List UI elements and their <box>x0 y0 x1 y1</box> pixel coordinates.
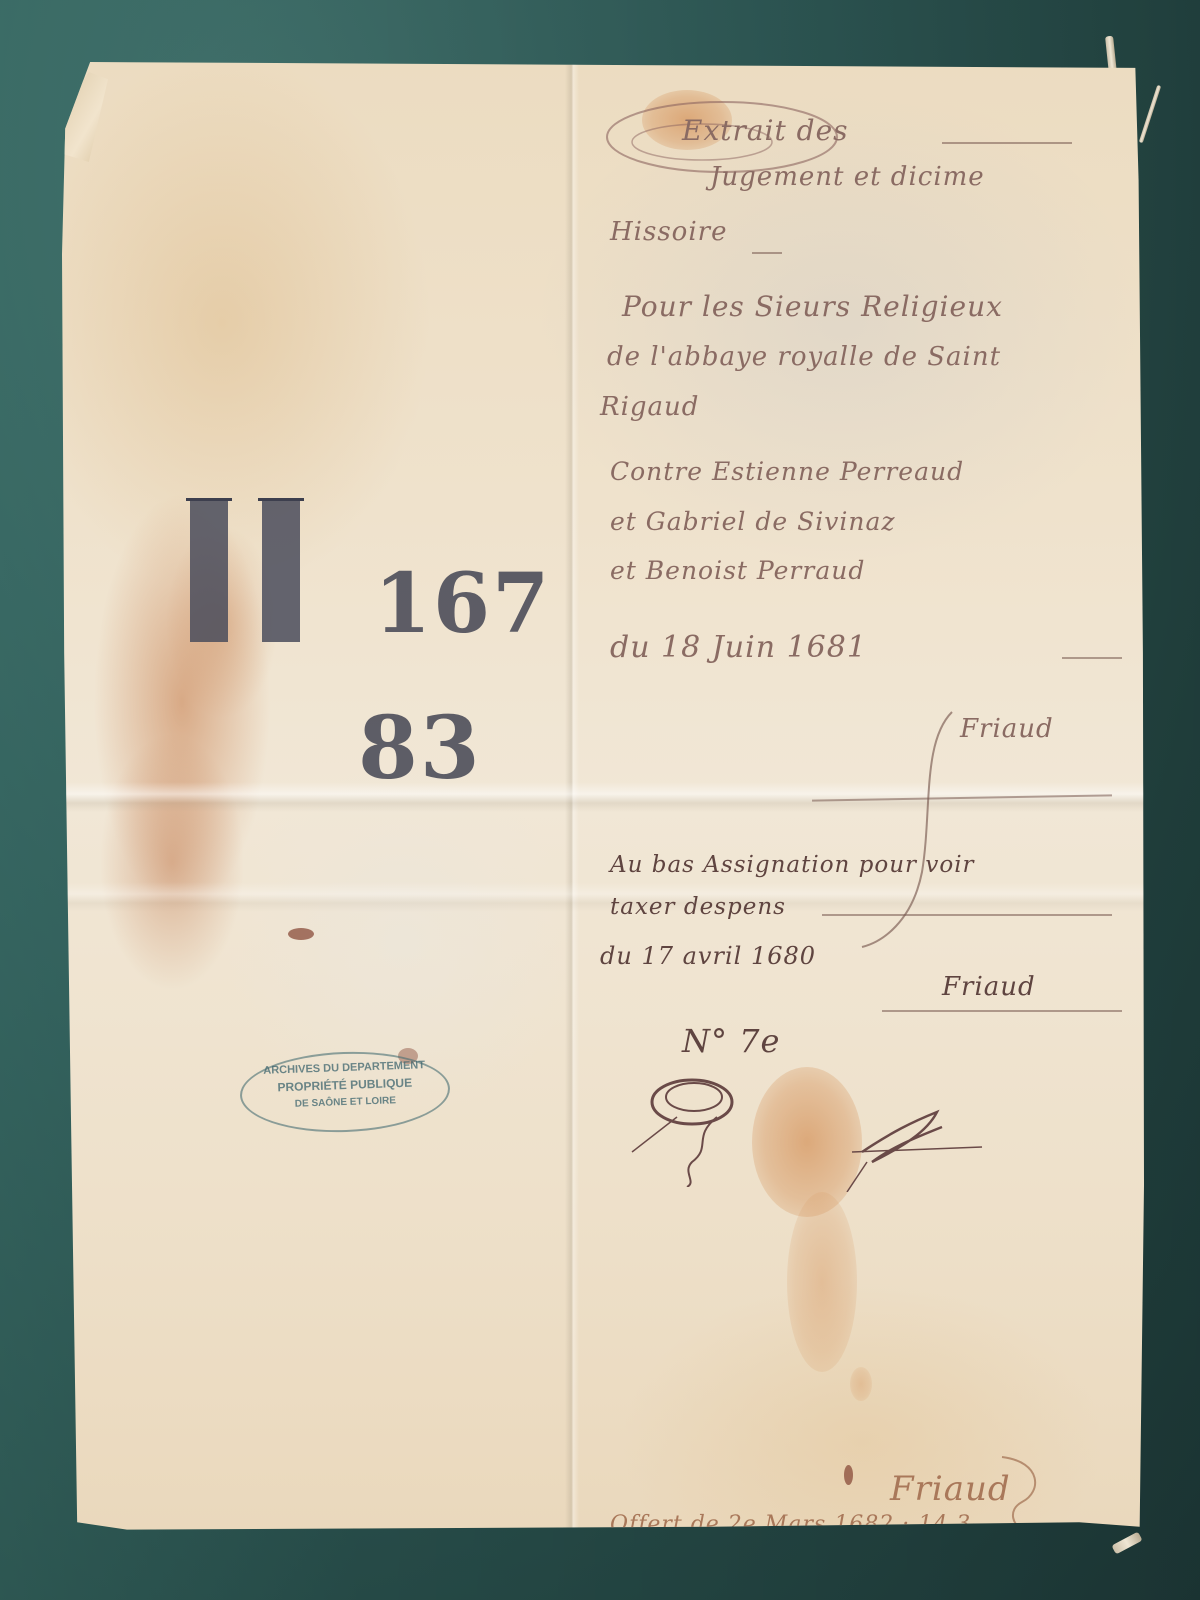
manuscript-line-2: Jugement et dicime <box>710 162 985 192</box>
item-number: N° 7e <box>682 1022 780 1060</box>
water-stain-small <box>850 1367 872 1401</box>
manuscript-line-3: Hissoire <box>610 217 727 247</box>
manuscript-line-7: Contre Estienne Perreaud <box>610 457 964 486</box>
manuscript-line-9: et Benoist Perraud <box>610 556 865 585</box>
string-tie-bottom <box>1111 1532 1142 1555</box>
signature-friaud-2: Friaud <box>942 972 1036 1002</box>
series-letter-H <box>190 500 300 642</box>
note-date: du 17 avril 1680 <box>600 942 816 970</box>
rule <box>752 252 782 254</box>
string-tie-top-loose <box>1139 85 1161 143</box>
rule <box>942 142 1072 144</box>
manuscript-line-8: et Gabriel de Sivinaz <box>610 507 896 536</box>
paraph-right <box>842 1092 1002 1192</box>
archive-stamp: ARCHIVES DU DEPARTEMENT PROPRIÉTÉ PUBLIQ… <box>239 1048 452 1135</box>
ink-spot-3 <box>844 1465 853 1485</box>
archive-number-bottom: 83 <box>358 698 482 799</box>
note-line-1: Au bas Assignation pour voir <box>610 852 975 878</box>
manuscript-date: du 18 Juin 1681 <box>610 630 867 665</box>
rule <box>822 914 1112 916</box>
water-stain-drip <box>787 1192 857 1372</box>
manuscript-line-1: Extrait des <box>682 114 849 147</box>
ink-spot <box>288 928 314 940</box>
note-line-2: taxer despens <box>610 894 786 920</box>
rule <box>1062 657 1122 659</box>
paraph-left <box>622 1067 752 1187</box>
bottom-signature-friaud: Friaud <box>890 1469 1011 1509</box>
bottom-note: Offert de 2e Mars 1682 · 14 3 <box>610 1512 971 1537</box>
manuscript-line-6: Rigaud <box>600 392 699 422</box>
folded-corner <box>60 72 108 162</box>
archive-number-top: 167 <box>374 556 551 652</box>
parchment-document: 167 83 ARCHIVES DU DEPARTEMENT PROPRIÉTÉ… <box>62 62 1144 1540</box>
rule <box>882 1010 1122 1012</box>
manuscript-line-4: Pour les Sieurs Religieux <box>622 290 1003 323</box>
manuscript-line-5: de l'abbaye royalle de Saint <box>607 342 1001 372</box>
